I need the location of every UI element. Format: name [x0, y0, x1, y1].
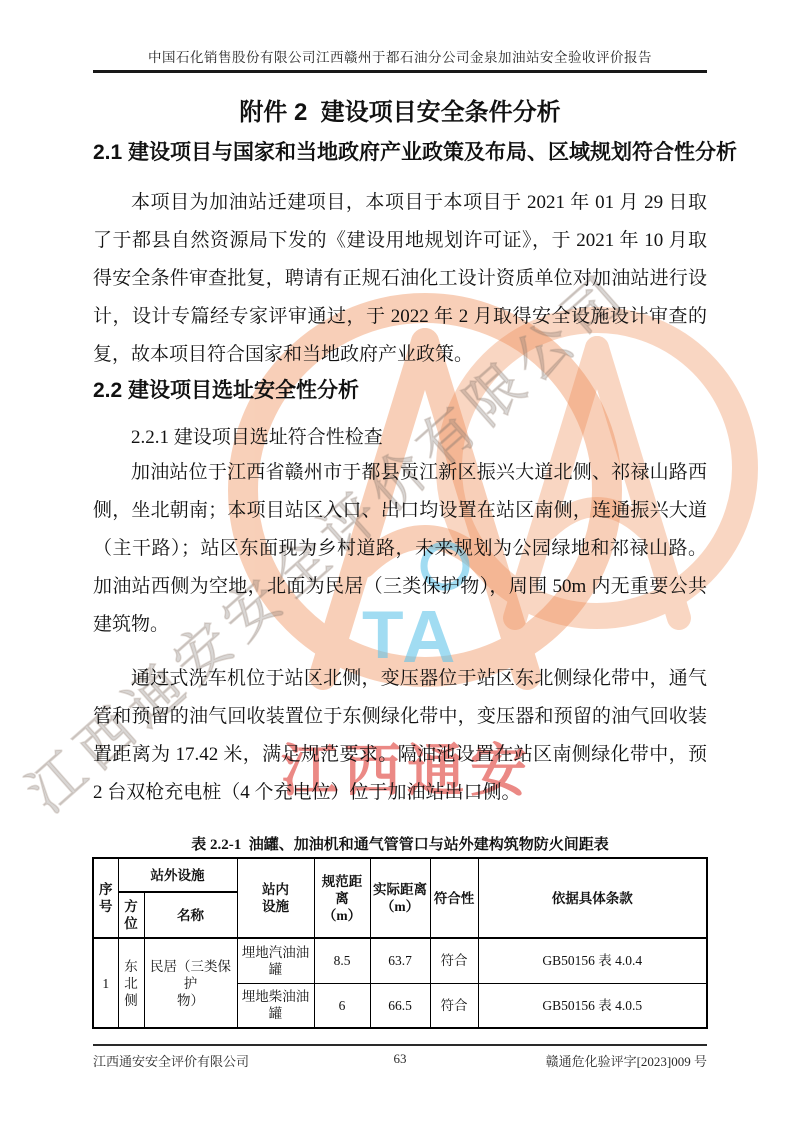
report-page: T A 江西通安安全评价有限公司 江西通安 中国石化销售股份有限公司江西赣州于都…	[0, 0, 800, 1131]
col-header-inside-facility: 站内 设施	[237, 858, 314, 938]
paragraph-line: 加油站西侧为空地，北面为民居（三类保护物），周围 50m 内无重要公共	[93, 568, 707, 606]
paragraph-line: 计，设计专篇经专家评审通过，于 2022 年 2 月取得安全设施设计审查的批	[93, 298, 707, 336]
paragraph-line: 管和预留的油气回收装置位于东侧绿化带中，变压器和预留的油气回收装	[93, 698, 707, 736]
paragraph-line: 加油站位于江西省赣州市于都县贡江新区振兴大道北侧、祁禄山路西	[93, 454, 707, 492]
footer-doc-number: 赣通危化验评字[2023]009 号	[546, 1051, 707, 1070]
col-header-actual-distance: 实际距离 （m）	[370, 858, 430, 938]
header-rule	[93, 70, 707, 73]
paragraph-line: 通过式洗车机位于站区北侧，变压器位于站区东北侧绿化带中，通气	[93, 660, 707, 698]
col-header-outside-facility: 站外设施	[118, 858, 237, 892]
col-header-conformity: 符合性	[430, 858, 478, 938]
table-row: 1 东北 侧 民居（三类保护 物） 埋地汽油油罐 8.5 63.7 符合 GB5…	[93, 938, 707, 983]
document-title: 附件 2 建设项目安全条件分析	[93, 97, 707, 129]
footer-rule	[93, 1044, 707, 1046]
cell-direction: 东北 侧	[118, 938, 144, 1028]
cell-conformity: 符合	[430, 938, 478, 983]
cell-basis: GB50156 表 4.0.5	[478, 983, 707, 1028]
paragraph-line: 本项目为加油站迁建项目，本项目于本项目于 2021 年 01 月 29 日取得	[93, 184, 707, 222]
page-header-title: 中国石化销售股份有限公司江西赣州于都石油分公司金泉加油站安全验收评价报告	[0, 46, 800, 66]
col-header-basis: 依据具体条款	[478, 858, 707, 938]
cell-conformity: 符合	[430, 983, 478, 1028]
col-header-code-distance: 规范距离 （m）	[314, 858, 370, 938]
paragraph-line: 侧，坐北朝南；本项目站区入口、出口均设置在站区南侧，连通振兴大道	[93, 492, 707, 530]
cell-actual-distance: 66.5	[370, 983, 430, 1028]
cell-name: 民居（三类保护 物）	[144, 938, 237, 1028]
paragraph-line: 建筑物。	[93, 606, 707, 644]
section-2-2-1-heading: 2.2.1 建设项目选址符合性检查	[131, 426, 383, 450]
col-header-direction: 方位	[118, 892, 144, 938]
paragraph-line: 2 台双枪充电桩（4 个充电位）位于加油站出口侧。	[93, 774, 707, 812]
paragraph-line: 得安全条件审查批复，聘请有正规石油化工设计资质单位对加油站进行设	[93, 260, 707, 298]
cell-inside-facility: 埋地柴油油罐	[237, 983, 314, 1028]
cell-no: 1	[93, 938, 118, 1028]
paragraph-facilities: 通过式洗车机位于站区北侧，变压器位于站区东北侧绿化带中，通气 管和预留的油气回收…	[93, 660, 707, 812]
cell-inside-facility: 埋地汽油油罐	[237, 938, 314, 983]
paragraph-location: 加油站位于江西省赣州市于都县贡江新区振兴大道北侧、祁禄山路西 侧，坐北朝南；本项…	[93, 454, 707, 644]
paragraph-line: 置距离为 17.42 米，满足规范要求。隔油池设置在站区南侧绿化带中，预留	[93, 736, 707, 774]
paragraph-line: 了于都县自然资源局下发的《建设用地规划许可证》，于 2021 年 10 月取	[93, 222, 707, 260]
cell-code-distance: 6	[314, 983, 370, 1028]
col-header-no: 序 号	[93, 858, 118, 938]
cell-basis: GB50156 表 4.0.4	[478, 938, 707, 983]
fire-distance-table: 序 号 站外设施 站内 设施 规范距离 （m） 实际距离 （m） 符合性 依据具…	[92, 857, 708, 1029]
page-content: 中国石化销售股份有限公司江西赣州于都石油分公司金泉加油站安全验收评价报告 附件 …	[0, 0, 800, 1131]
section-2-2-heading: 2.2 建设项目选址安全性分析	[93, 378, 713, 404]
cell-code-distance: 8.5	[314, 938, 370, 983]
paragraph-line: 复，故本项目符合国家和当地政府产业政策。	[93, 336, 707, 374]
cell-actual-distance: 63.7	[370, 938, 430, 983]
paragraph-policy: 本项目为加油站迁建项目，本项目于本项目于 2021 年 01 月 29 日取得 …	[93, 184, 707, 374]
section-2-1-heading: 2.1 建设项目与国家和当地政府产业政策及布局、区域规划符合性分析	[93, 140, 713, 166]
table-caption: 表 2.2-1 油罐、加油机和通气管管口与站外建构筑物防火间距表	[93, 834, 707, 856]
col-header-name: 名称	[144, 892, 237, 938]
paragraph-line: （主干路）；站区东面现为乡村道路，未来规划为公园绿地和祁禄山路。	[93, 530, 707, 568]
